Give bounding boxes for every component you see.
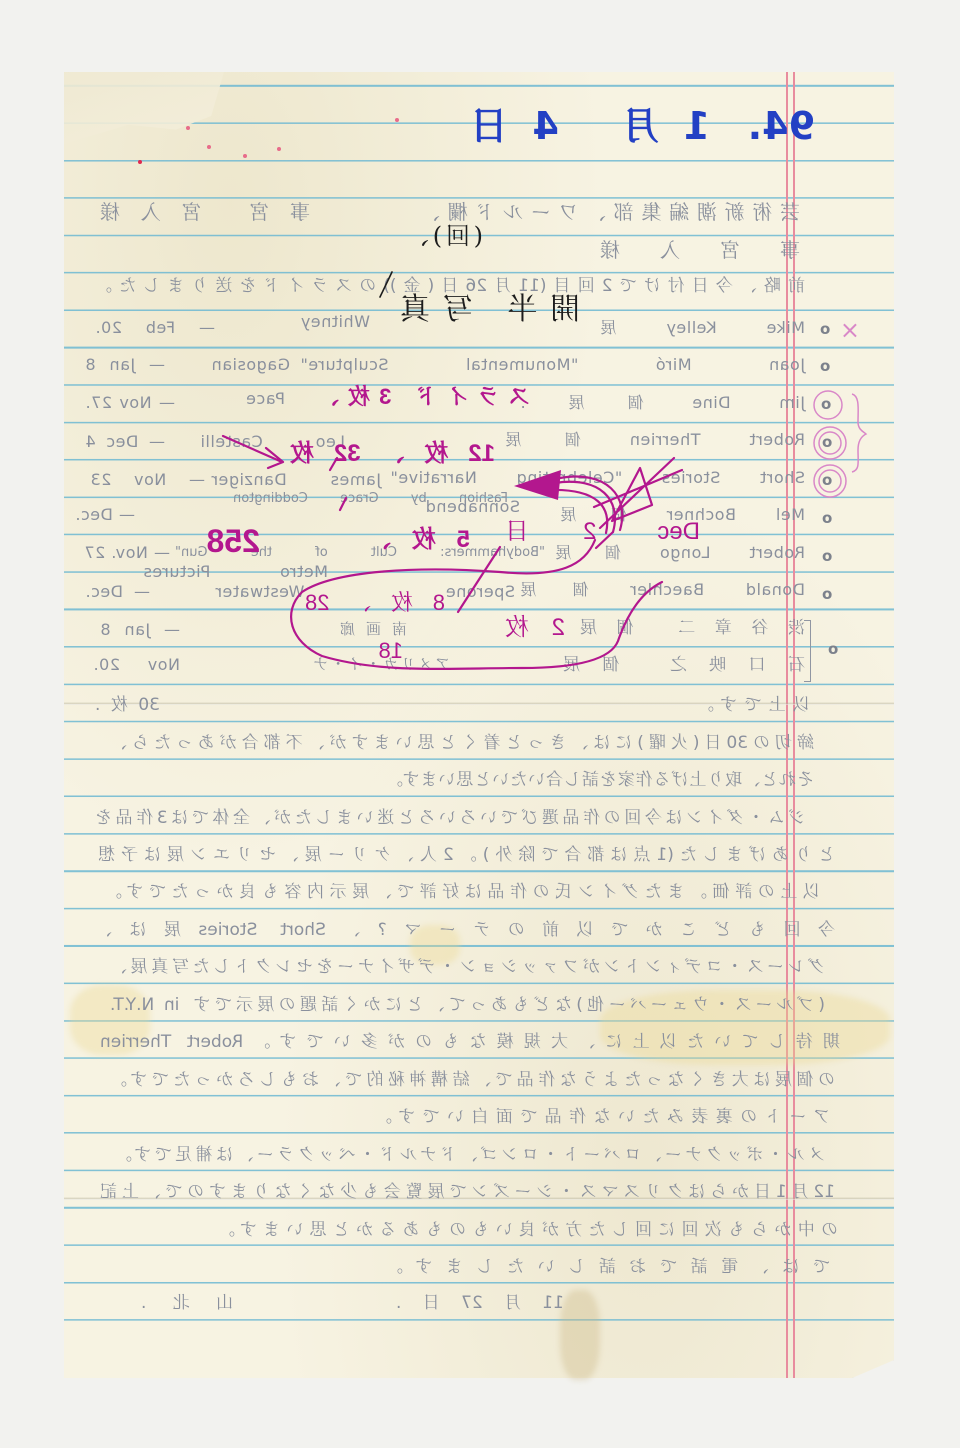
ink-speck (243, 154, 247, 158)
exhibition-title: 渋谷章二 個展 (580, 618, 805, 638)
magenta-slide-note: スライド 3枚、 (317, 384, 530, 410)
slide-total: 30枚. (95, 695, 160, 715)
body-line: ジム・ダインは今回の作品選びでいろいろと迷いましたが、全体では3作品を (95, 808, 805, 828)
list-bullet: o (821, 395, 831, 413)
recipient-name: 事宮 宮入様 (100, 200, 310, 224)
ink-speck (277, 147, 281, 151)
ink-speck (186, 126, 190, 130)
body-line: 12月1日からはクリスマス・シーズンで展覧会も少なくなりますので、上記 (100, 1182, 835, 1202)
magenta-date-note: Dec 2日 (505, 518, 700, 547)
exhibition-venue: Gagosian (180, 355, 290, 374)
ink-speck (138, 160, 142, 164)
exhibition-date: — Dec 4 (85, 432, 165, 451)
exhibition-title: 石口映之 個展 (563, 655, 805, 675)
list-bullet: o (822, 433, 832, 451)
list-bullet: o (828, 640, 838, 658)
magenta-circled-note: 8枚、28 (305, 590, 445, 616)
body-line: の個展は大きくなったような作品で、結構神秘的で、おもしろかったです。 (110, 1070, 835, 1090)
list-end: 以上です。 (697, 695, 810, 715)
exhibition-date: — Dec. (85, 505, 135, 524)
exhibition-title: Short Stories "Celebrating Narrative" (390, 468, 805, 487)
water-stain (560, 1290, 600, 1380)
exhibition-date: Nov 20. (93, 655, 180, 674)
body-line: の中からも次回に回した方が良いものもあるかと思います。 (218, 1220, 838, 1240)
body-line: 以上の評価。またグイン氏の作品は好評で、展示内容も良かったです。 (105, 882, 820, 902)
exhibition-date: — Nov 23 (90, 470, 205, 489)
exhibition-date: — Nov 27. (85, 393, 175, 412)
black-pen-note: (回)、 (405, 222, 483, 251)
magenta-circled-sub: 18 (368, 638, 403, 664)
exhibition-venue: 南画廊 (340, 620, 407, 638)
list-bullet: o (822, 509, 832, 527)
recipient-line: 芸術新潮編集部、ワールド欄、 (420, 200, 800, 224)
body-line: 今回もどこかで以前のテーマ?、Short Stories展は、 (95, 920, 835, 940)
signature: 山北. (141, 1293, 233, 1313)
black-pen-note: 開半 写真 (400, 292, 580, 328)
list-bullet: o (822, 585, 832, 603)
body-line: では、電話でお話しいたします。 (386, 1257, 830, 1277)
exhibition-title: Jim Dine 個展. (520, 393, 805, 412)
letter-date: 11月27日. (396, 1293, 564, 1313)
body-line: メル・ボックナー、ロバート・ロンゴ、ドナルド・ベックラー、は補足です。 (115, 1145, 825, 1165)
exhibition-venue: Pace (205, 389, 285, 408)
list-bullet: o (822, 471, 832, 489)
body-line: グレース・コディントンがファッション・デザイナーをセレクトした写真展、 (110, 957, 825, 977)
exhibition-date: — Feb 20. (95, 318, 215, 337)
magenta-bottom-note: 2枚 (505, 614, 565, 643)
body-line: アートの裏表みたいな作品で面白いです。 (375, 1107, 830, 1127)
exhibition-venue: Whitney (255, 312, 370, 331)
body-line: それと、取り上げる作家を話し合いたいと思います。 (386, 770, 814, 790)
magenta-count-note: 12枚、32枚 (290, 440, 495, 469)
group-bracket (804, 620, 811, 682)
exhibition-title: Mike Kelley 展 (600, 318, 805, 337)
salutation: 事宮入様 (600, 238, 800, 262)
body-line: とりあげました(1点は都合で除外)。2人、ケリー展、セリエン展は予想 (98, 845, 835, 865)
magenta-count-note: 5枚、 (367, 526, 470, 555)
body-line: (ブルース・ウェーバー他)などもあって、とにかく話題の展示です in N.Y.T… (110, 995, 825, 1015)
exhibition-title: Donald Baechler 個展 (520, 580, 805, 599)
exhibition-title: Robert Therrien 個展 (505, 430, 805, 449)
magenta-total: 258 (153, 522, 260, 560)
body-line: 締切の30日(火曜)には、きっと着くと思いますが、不都合があったら、 (110, 733, 814, 753)
body-line: 期待していた以上に、大規模なものが多いです。Robert Therrien (100, 1032, 840, 1052)
exhibition-date: — Jan 8 (85, 355, 165, 374)
exhibition-venue: Sonnabend (350, 497, 520, 516)
exhibition-title: Joan Miró "Monumental Sculpture" (300, 355, 805, 374)
ink-speck (395, 118, 399, 122)
list-bullet: o (820, 320, 830, 338)
exhibition-date: — Jan 8 (100, 620, 180, 639)
margin-x-mark: × (840, 316, 860, 345)
list-bullet: o (822, 547, 832, 565)
list-bullet: o (820, 357, 830, 375)
exhibition-venue: Metro Pictures (143, 562, 328, 581)
date-stamp: 94. 1月 4日 (470, 104, 815, 150)
exhibition-venue: James Danziger (211, 470, 381, 489)
ink-speck (207, 145, 211, 149)
exhibition-date: — Dec. (85, 582, 150, 601)
